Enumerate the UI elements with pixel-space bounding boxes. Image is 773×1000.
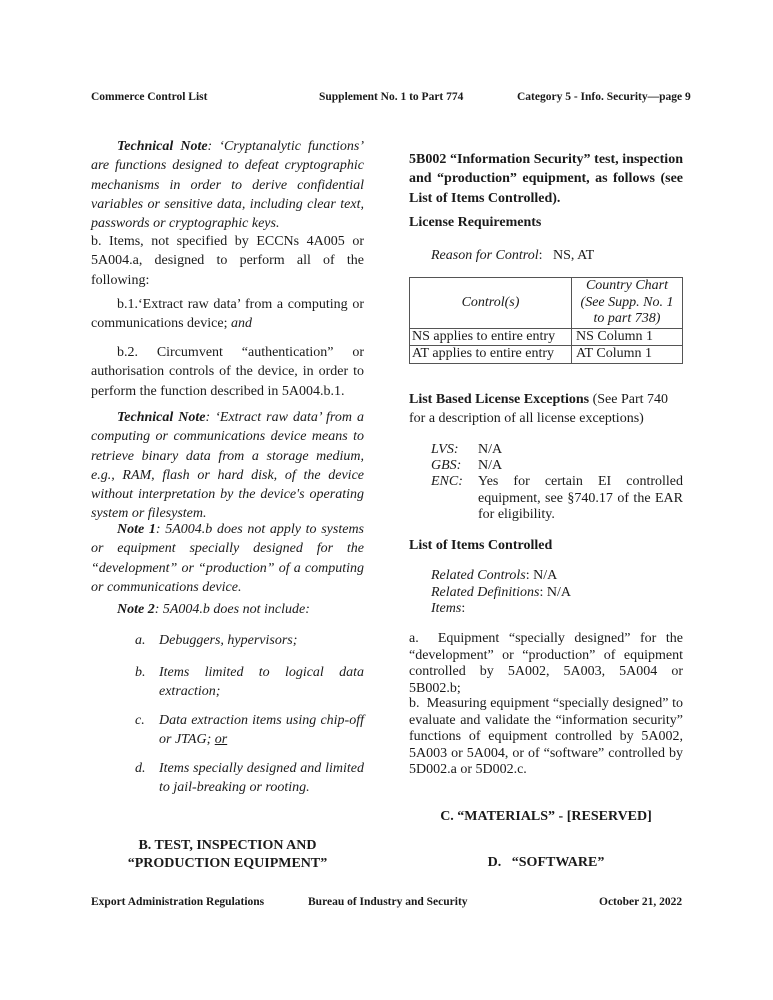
footer-regulations: Export Administration Regulations	[91, 896, 264, 908]
list-item-text: Debuggers, hypervisors;	[159, 631, 364, 650]
related-controls: Related Controls: N/A	[431, 568, 571, 585]
note-2-text: : 5A004.b does not include:	[155, 602, 310, 617]
table-row: AT applies to entire entry AT Column 1	[410, 346, 683, 364]
section-b-heading-line2: “PRODUCTION EQUIPMENT”	[91, 855, 364, 873]
license-exceptions-heading: List Based License Exceptions	[409, 392, 589, 407]
reason-for-control: Reason for Control: NS, AT	[431, 246, 594, 265]
related-info: Related Controls: N/A Related Definition…	[431, 568, 571, 618]
exception-value: N/A	[478, 458, 705, 475]
related-definitions-label: Related Definitions	[431, 585, 539, 600]
items-label: Items	[431, 601, 461, 616]
technical-note-label: Technical Note	[117, 139, 208, 154]
section-b-heading: B. TEST, INSPECTION AND “PRODUCTION EQUI…	[91, 837, 364, 873]
section-c-heading: C. “MATERIALS” - [RESERVED]	[409, 807, 683, 826]
footer-bureau: Bureau of Industry and Security	[308, 896, 468, 908]
exception-value: N/A	[478, 442, 705, 459]
exception-key: GBS:	[431, 458, 461, 475]
items-suffix: :	[461, 601, 465, 616]
note-2-item-d: d. Items specially designed and limited …	[135, 759, 364, 798]
header-supplement: Supplement No. 1 to Part 774	[319, 91, 463, 103]
reason-for-control-value: : NS, AT	[539, 248, 595, 263]
exception-value: Yes for certain EI controlled equipment,…	[478, 474, 683, 524]
section-d-heading: D. “SOFTWARE”	[409, 853, 683, 872]
technical-note-label: Technical Note	[117, 410, 206, 425]
note-2-item-a: a. Debuggers, hypervisors;	[135, 631, 364, 650]
item-b1-emphasis: and	[231, 316, 252, 331]
item-b1: b.1.‘Extract raw data’ from a computing …	[91, 295, 364, 334]
table-cell-country-chart: NS Column 1	[572, 328, 683, 346]
item-b: b. Items, not specified by ECCNs 4A005 o…	[91, 232, 364, 290]
note-2-item-c: c. Data extraction items using chip-off …	[135, 711, 364, 750]
note-2: Note 2: 5A004.b does not include:	[91, 600, 364, 619]
country-chart-table: Control(s) Country Chart (See Supp. No. …	[409, 277, 683, 364]
reason-for-control-label: Reason for Control	[431, 248, 539, 263]
table-header-controls: Control(s)	[410, 278, 572, 329]
note-1-label: Note 1	[117, 522, 156, 537]
header-left-title: Commerce Control List	[91, 91, 207, 103]
table-header-row: Control(s) Country Chart (See Supp. No. …	[410, 278, 683, 329]
section-b-heading-line1: B. TEST, INSPECTION AND	[91, 837, 364, 855]
controlled-item-a: a. Equipment “specially designed” for th…	[409, 631, 683, 697]
items-controlled-heading: List of Items Controlled	[409, 536, 552, 555]
exception-key: LVS:	[431, 442, 459, 459]
note-2-item-b: b. Items limited to logical data extract…	[135, 663, 364, 702]
license-exceptions-paragraph: List Based License Exceptions (See Part …	[409, 390, 683, 429]
item-b1-text: b.1.‘Extract raw data’ from a computing …	[91, 297, 364, 331]
footer-date: October 21, 2022	[599, 896, 682, 908]
note-2-label: Note 2	[117, 602, 155, 617]
list-item-text: Items limited to logical data extraction…	[159, 663, 364, 702]
technical-note-text: : ‘Extract raw data’ from a computing or…	[91, 410, 364, 521]
table-cell-control: NS applies to entire entry	[410, 328, 572, 346]
license-requirements-heading: License Requirements	[409, 213, 541, 232]
table-cell-country-chart: AT Column 1	[572, 346, 683, 364]
list-marker: b.	[135, 663, 146, 682]
note-1: Note 1: 5A004.b does not apply to system…	[91, 520, 364, 597]
technical-note-cryptanalytic: Technical Note: ‘Cryptanalytic functions…	[91, 137, 364, 233]
list-item-underlined-or: or	[215, 732, 227, 747]
items-label-line: Items:	[431, 601, 571, 618]
related-definitions: Related Definitions: N/A	[431, 585, 571, 602]
list-item-text: Data extraction items using chip-off or …	[159, 711, 364, 750]
table-row: NS applies to entire entry NS Column 1	[410, 328, 683, 346]
list-item-text: Items specially designed and limited to …	[159, 759, 364, 798]
technical-note-extract-raw-data: Technical Note: ‘Extract raw data’ from …	[91, 408, 364, 524]
related-definitions-value: : N/A	[539, 585, 571, 600]
related-controls-value: : N/A	[526, 568, 558, 583]
related-controls-label: Related Controls	[431, 568, 526, 583]
list-item-text-main: Data extraction items using chip-off or …	[159, 713, 364, 747]
table-cell-control: AT applies to entire entry	[410, 346, 572, 364]
controlled-item-b: b. Measuring equipment “specially design…	[409, 696, 683, 779]
list-marker: c.	[135, 711, 145, 730]
table-header-country-chart: Country Chart (See Supp. No. 1 to part 7…	[572, 278, 683, 329]
item-b2: b.2. Circumvent “authentication” or auth…	[91, 343, 364, 401]
eccn-5b002-title: 5B002 “Information Security” test, inspe…	[409, 150, 683, 208]
exception-key: ENC:	[431, 474, 463, 491]
list-marker: a.	[135, 631, 146, 650]
header-category-page: Category 5 - Info. Security—page 9	[517, 91, 691, 103]
list-marker: d.	[135, 759, 146, 778]
